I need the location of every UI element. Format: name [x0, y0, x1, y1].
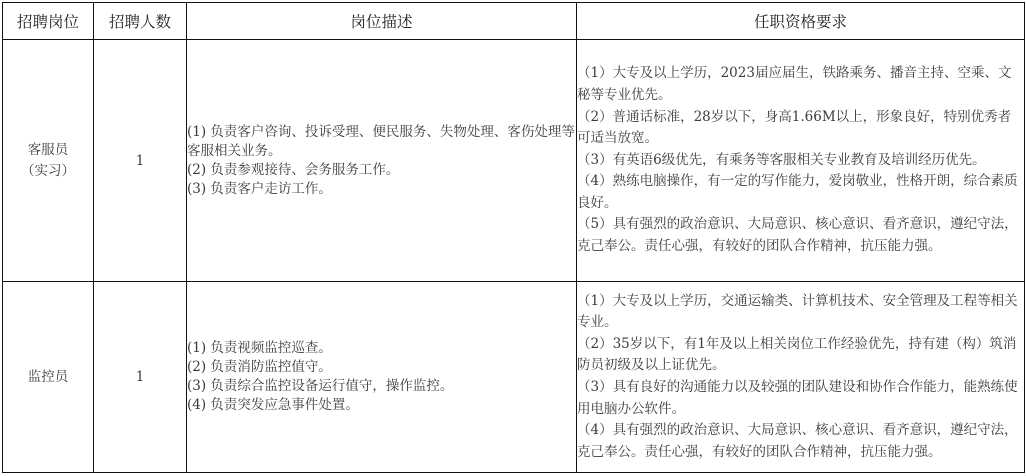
position-name: 客服员	[3, 140, 93, 161]
table-row: 客服员 （实习） 1 (1) 负责客户咨询、投诉受理、便民服务、失物处理、客伤处…	[3, 40, 1025, 282]
requirement-item: （5）具有强烈的政治意识、大局意识、核心意识、看齐意识，遵纪守法，克己奉公。责任…	[577, 214, 1024, 257]
table-row: 监控员 1 (1) 负责视频监控巡查。 (2) 负责消防监控值守。 (3) 负责…	[3, 282, 1025, 473]
header-row: 招聘岗位 招聘人数 岗位描述 任职资格要求	[3, 3, 1025, 40]
header-position: 招聘岗位	[3, 3, 94, 40]
position-cell: 监控员	[3, 282, 94, 473]
requirements-cell: （1）大专及以上学历，交通运输类、计算机技术、安全管理及工程等相关专业。 （2）…	[577, 282, 1025, 473]
requirements-cell: （1）大专及以上学历，2023届应届生，铁路乘务、播音主持、空乘、文秘等专业优先…	[577, 40, 1025, 282]
requirement-item: （4）熟练电脑操作，有一定的写作能力，爱岗敬业，性格开朗，综合素质良好。	[577, 171, 1024, 214]
requirement-item: （4）具有强烈的政治意识、大局意识、核心意识、看齐意识，遵纪守法，克己奉公。责任…	[577, 420, 1024, 463]
description-item: (3) 负责客户走访工作。	[187, 180, 576, 199]
header-requirements: 任职资格要求	[577, 3, 1025, 40]
requirement-item: （3）具有良好的沟通能力以及较强的团队建设和协作合作能力，能熟练使用电脑办公软件…	[577, 377, 1024, 420]
description-cell: (1) 负责视频监控巡查。 (2) 负责消防监控值守。 (3) 负责综合监控设备…	[187, 282, 577, 473]
count-cell: 1	[94, 282, 187, 473]
description-item: (3) 负责综合监控设备运行值守，操作监控。	[187, 377, 576, 396]
position-note: （实习）	[3, 161, 93, 182]
requirement-item: （2）普通话标准，28岁以下，身高1.66M以上，形象良好，特别优秀者可适当放宽…	[577, 107, 1024, 150]
count-cell: 1	[94, 40, 187, 282]
description-item: (1) 负责视频监控巡查。	[187, 339, 576, 358]
description-item: (1) 负责客户咨询、投诉受理、便民服务、失物处理、客伤处理等客服相关业务。	[187, 123, 576, 161]
requirement-item: （1）大专及以上学历，2023届应届生，铁路乘务、播音主持、空乘、文秘等专业优先…	[577, 63, 1024, 106]
position-cell: 客服员 （实习）	[3, 40, 94, 282]
header-count: 招聘人数	[94, 3, 187, 40]
requirement-item: （1）大专及以上学历，交通运输类、计算机技术、安全管理及工程等相关专业。	[577, 291, 1024, 334]
description-item: (4) 负责突发应急事件处置。	[187, 396, 576, 415]
description-item: (2) 负责消防监控值守。	[187, 358, 576, 377]
position-name: 监控员	[3, 367, 93, 388]
recruitment-table: 招聘岗位 招聘人数 岗位描述 任职资格要求 客服员 （实习） 1 (1) 负责客…	[2, 2, 1025, 473]
description-cell: (1) 负责客户咨询、投诉受理、便民服务、失物处理、客伤处理等客服相关业务。 (…	[187, 40, 577, 282]
requirement-item: （3）有英语6级优先，有乘务等客服相关专业教育及培训经历优先。	[577, 150, 1024, 172]
header-description: 岗位描述	[187, 3, 577, 40]
description-item: (2) 负责参观接待、会务服务工作。	[187, 161, 576, 180]
requirement-item: （2）35岁以下，有1年及以上相关岗位工作经验优先，持有建（构）筑消防员初级及以…	[577, 334, 1024, 377]
